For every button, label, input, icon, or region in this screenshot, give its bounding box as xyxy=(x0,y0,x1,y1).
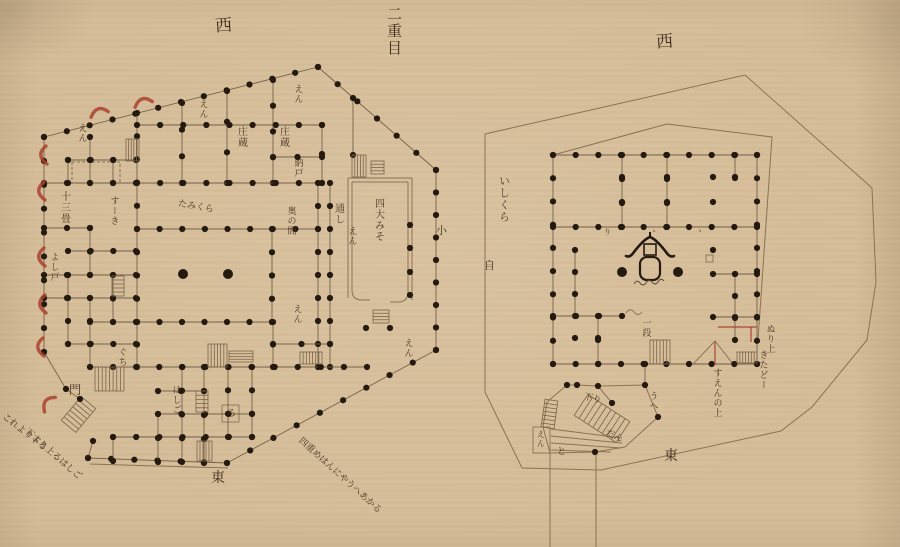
plan-label: 奥の間 xyxy=(286,206,295,236)
plan-label: 門 xyxy=(69,384,81,397)
plan-label: えん xyxy=(293,84,302,104)
plan-label: えん xyxy=(347,226,356,246)
plan-label: よし戸 xyxy=(49,252,58,282)
plan-label: り xyxy=(604,229,611,236)
plan-label: 納戸 xyxy=(293,158,302,178)
plan-label: いしくら xyxy=(497,175,509,223)
plan-label: 下より上るはしご xyxy=(23,427,84,481)
compass-label-west-right: 西 xyxy=(655,26,674,52)
compass-label-east-left: 東 xyxy=(211,467,225,487)
label-layer: えんえんえんえんえんえん小庄蔵庄蔵納戸奥の間通し四大みそたみくら十三畳よし戸すー… xyxy=(0,0,900,547)
compass-label-west-left: 西 xyxy=(214,10,233,36)
plan-label: すーき xyxy=(109,196,118,226)
plan-label: だん xyxy=(604,428,624,444)
plan-label: 庄蔵 xyxy=(235,126,246,148)
plan-label: 一段 xyxy=(641,318,650,338)
plan-label: ぐち xyxy=(117,347,126,367)
plan-label: 四大みそ xyxy=(372,198,383,242)
plan-label: 庄蔵 xyxy=(277,126,288,148)
plan-label: うへ xyxy=(648,391,657,411)
plan-label: たみくら xyxy=(177,199,214,215)
plan-label: えん xyxy=(403,338,412,358)
plan-label: すえんの上 xyxy=(712,368,721,418)
plan-label: ゝ xyxy=(650,228,657,235)
plan-label: 小 xyxy=(436,226,447,238)
plan-label: 自 xyxy=(484,261,495,273)
manuscript-scan: えんえんえんえんえんえん小庄蔵庄蔵納戸奥の間通し四大みそたみくら十三畳よし戸すー… xyxy=(0,0,900,547)
plan-label: はしご xyxy=(171,385,180,415)
plan-label: ゝ xyxy=(696,228,703,235)
compass-label-east-right: 東 xyxy=(664,445,678,465)
plan-label: ろ xyxy=(227,409,236,418)
plan-label: 十三畳 xyxy=(58,191,69,224)
plan-label: 四重めはんにやうへあかる xyxy=(297,436,384,515)
plan-label: 下り xyxy=(583,392,603,406)
plan-label: えん xyxy=(536,430,544,448)
plan-label: えん xyxy=(292,304,301,324)
plan-label: えん xyxy=(77,123,86,143)
plan-label: と xyxy=(557,447,566,456)
plan-label: きたどー xyxy=(758,350,767,390)
plan-label: えん xyxy=(198,99,207,119)
plan-label: 通し xyxy=(332,203,343,225)
page-title: 二重目 xyxy=(383,6,404,57)
